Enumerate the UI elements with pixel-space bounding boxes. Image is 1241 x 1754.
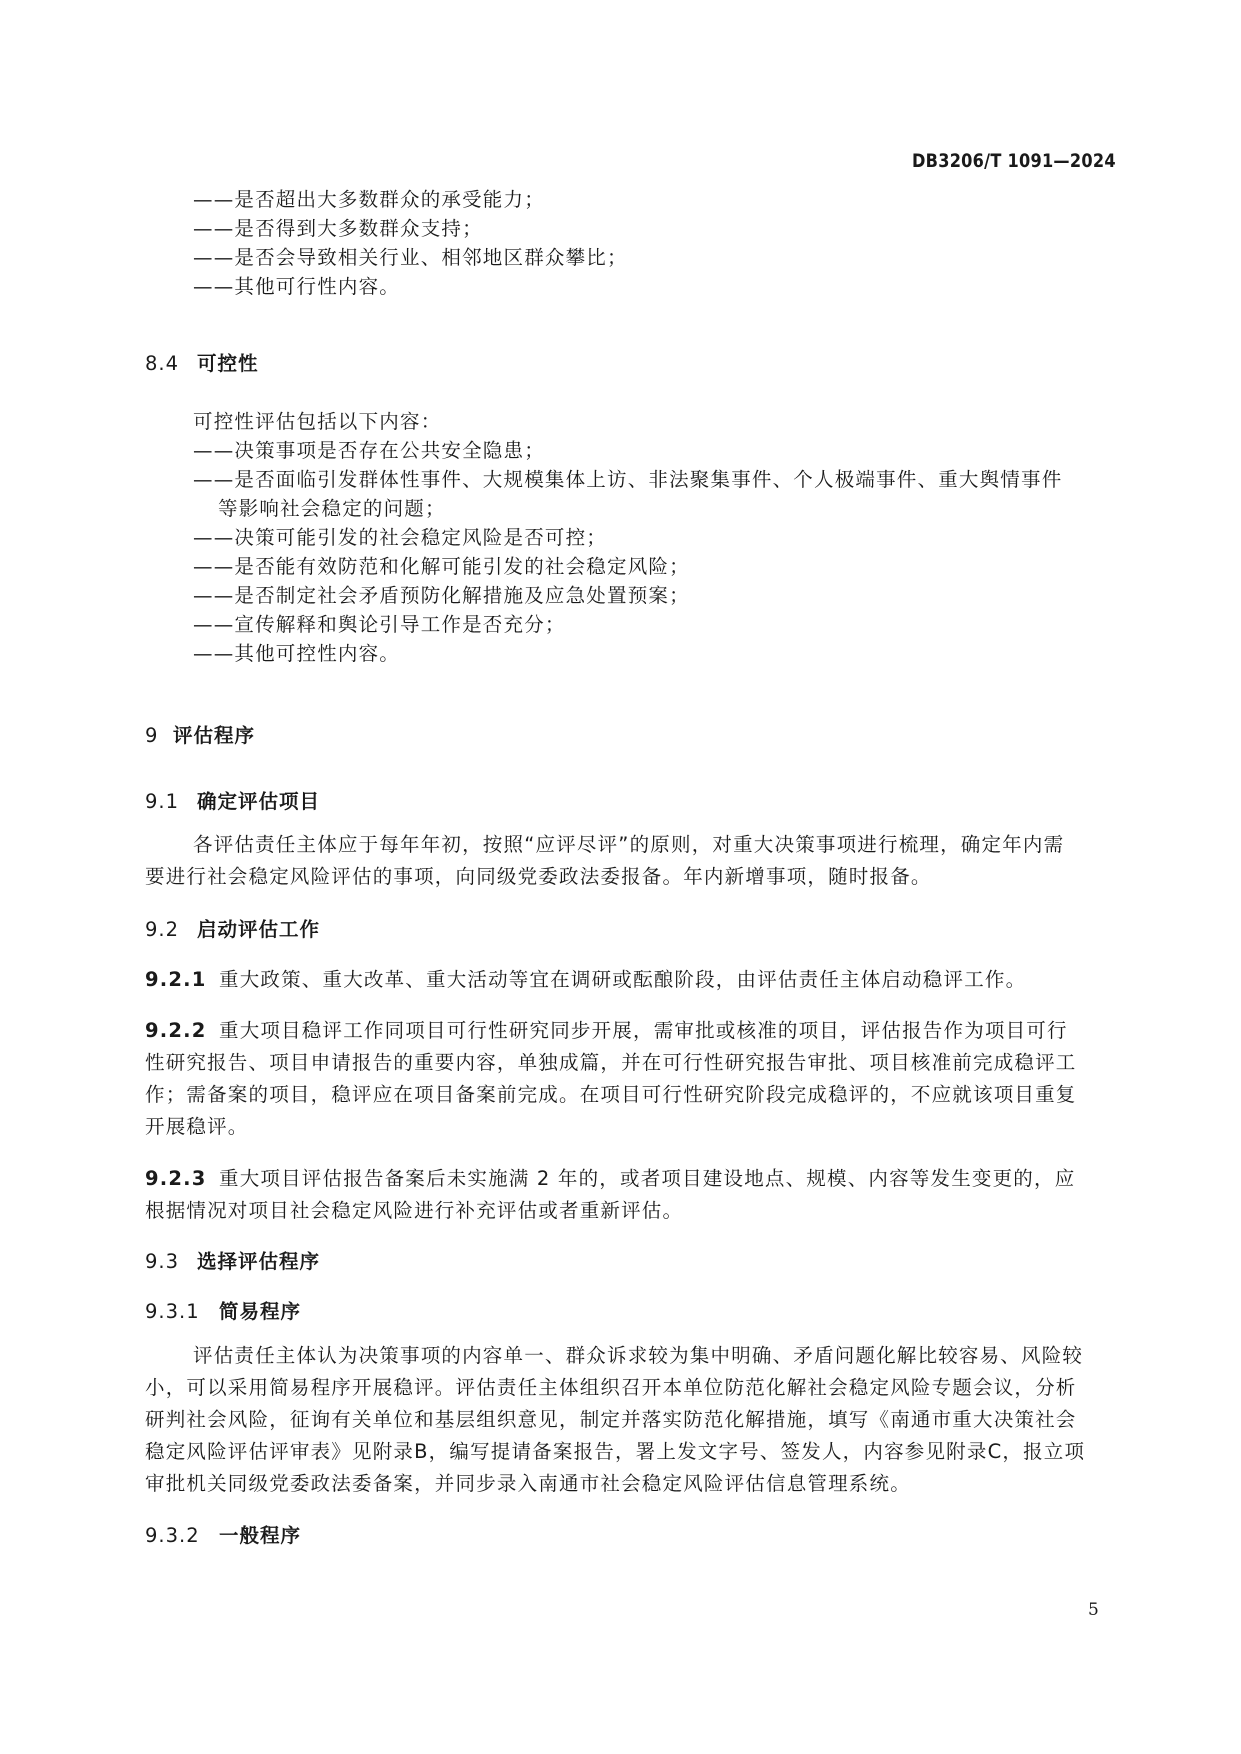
paragraph-line: 根据情况对项目社会稳定风险进行补充评估或者重新评估。 xyxy=(145,1195,683,1223)
section-number: 8.4 xyxy=(145,352,197,375)
paragraph-line: 开展稳评。 xyxy=(145,1111,249,1139)
clause-number: 9.2.1 xyxy=(145,968,219,991)
list-item: ——是否面临引发群体性事件、大规模集体上访、非法聚集事件、个人极端事件、重大舆情… xyxy=(193,464,1062,492)
section-heading-9-3: 9.3选择评估程序 xyxy=(145,1246,320,1274)
paragraph-line: 各评估责任主体应于每年年初，按照“应评尽评”的原则，对重大决策事项进行梳理，确定… xyxy=(193,829,1064,857)
paragraph-line: 稳定风险评估评审表》见附录B，编写提请备案报告，署上发文字号、签发人，内容参见附… xyxy=(145,1436,1085,1464)
section-heading-9-3-2: 9.3.2一般程序 xyxy=(145,1520,301,1548)
section-number: 9.3.1 xyxy=(145,1300,219,1323)
clause-9-2-3: 9.2.3重大项目评估报告备案后未实施满 2 年的，或者项目建设地点、规模、内容… xyxy=(145,1163,1075,1191)
list-item: ——决策可能引发的社会稳定风险是否可控； xyxy=(193,522,607,550)
clause-number: 9.2.3 xyxy=(145,1167,219,1190)
section-title: 简易程序 xyxy=(219,1300,301,1323)
section-number: 9.3 xyxy=(145,1250,197,1273)
list-item: ——决策事项是否存在公共安全隐患； xyxy=(193,435,545,463)
list-item: ——其他可控性内容。 xyxy=(193,638,400,666)
section-title: 选择评估程序 xyxy=(197,1250,320,1273)
section-heading-9-3-1: 9.3.1简易程序 xyxy=(145,1296,301,1324)
list-item-continuation: 等影响社会稳定的问题； xyxy=(218,493,446,521)
paragraph-line: 研判社会风险，征询有关单位和基层组织意见，制定并落实防范化解措施，填写《南通市重… xyxy=(145,1404,1077,1432)
paragraph-line: 要进行社会稳定风险评估的事项，向同级党委政法委报备。年内新增事项，随时报备。 xyxy=(145,861,932,889)
document-code: DB3206/T 1091—2024 xyxy=(912,150,1116,172)
section-title: 一般程序 xyxy=(219,1524,301,1547)
paragraph-line: 性研究报告、项目申请报告的重要内容，单独成篇，并在可行性研究报告审批、项目核准前… xyxy=(145,1047,1077,1075)
section-title: 可控性 xyxy=(197,352,259,375)
list-item: ——是否得到大多数群众支持； xyxy=(193,213,483,241)
list-item: ——是否超出大多数群众的承受能力； xyxy=(193,184,545,212)
page-number: 5 xyxy=(1088,1600,1099,1620)
section-heading-9-2: 9.2启动评估工作 xyxy=(145,914,320,942)
clause-9-2-1: 9.2.1重大政策、重大改革、重大活动等宜在调研或酝酿阶段，由评估责任主体启动稳… xyxy=(145,964,1026,992)
clause-9-2-2: 9.2.2重大项目稳评工作同项目可行性研究同步开展，需审批或核准的项目，评估报告… xyxy=(145,1015,1068,1043)
section-title: 启动评估工作 xyxy=(197,918,320,941)
list-item: ——是否制定社会矛盾预防化解措施及应急处置预案； xyxy=(193,580,690,608)
section-heading-9-1: 9.1确定评估项目 xyxy=(145,786,320,814)
paragraph-line: 评估责任主体认为决策事项的内容单一、群众诉求较为集中明确、矛盾问题化解比较容易、… xyxy=(193,1340,1083,1368)
paragraph-line: 小，可以采用简易程序开展稳评。评估责任主体组织召开本单位防范化解社会稳定风险专题… xyxy=(145,1372,1077,1400)
section-title: 评估程序 xyxy=(173,724,255,747)
clause-number: 9.2.2 xyxy=(145,1019,219,1042)
list-item: ——是否会导致相关行业、相邻地区群众攀比； xyxy=(193,242,628,270)
intro-text: 可控性评估包括以下内容： xyxy=(193,406,441,434)
section-heading-9: 9评估程序 xyxy=(145,720,255,748)
list-item: ——是否能有效防范和化解可能引发的社会稳定风险； xyxy=(193,551,690,579)
clause-text: 重大项目稳评工作同项目可行性研究同步开展，需审批或核准的项目，评估报告作为项目可… xyxy=(219,1019,1068,1042)
paragraph-line: 作；需备案的项目，稳评应在项目备案前完成。在项目可行性研究阶段完成稳评的，不应就… xyxy=(145,1079,1077,1107)
list-item: ——宣传解释和舆论引导工作是否充分； xyxy=(193,609,566,637)
clause-text: 重大项目评估报告备案后未实施满 2 年的，或者项目建设地点、规模、内容等发生变更… xyxy=(219,1167,1075,1190)
section-heading-8-4: 8.4可控性 xyxy=(145,348,259,376)
section-number: 9.2 xyxy=(145,918,197,941)
section-number: 9.3.2 xyxy=(145,1524,219,1547)
list-item: ——其他可行性内容。 xyxy=(193,271,400,299)
section-title: 确定评估项目 xyxy=(197,790,320,813)
section-number: 9 xyxy=(145,724,173,747)
section-number: 9.1 xyxy=(145,790,197,813)
paragraph-line: 审批机关同级党委政法委备案，并同步录入南通市社会稳定风险评估信息管理系统。 xyxy=(145,1468,911,1496)
clause-text: 重大政策、重大改革、重大活动等宜在调研或酝酿阶段，由评估责任主体启动稳评工作。 xyxy=(219,968,1026,991)
